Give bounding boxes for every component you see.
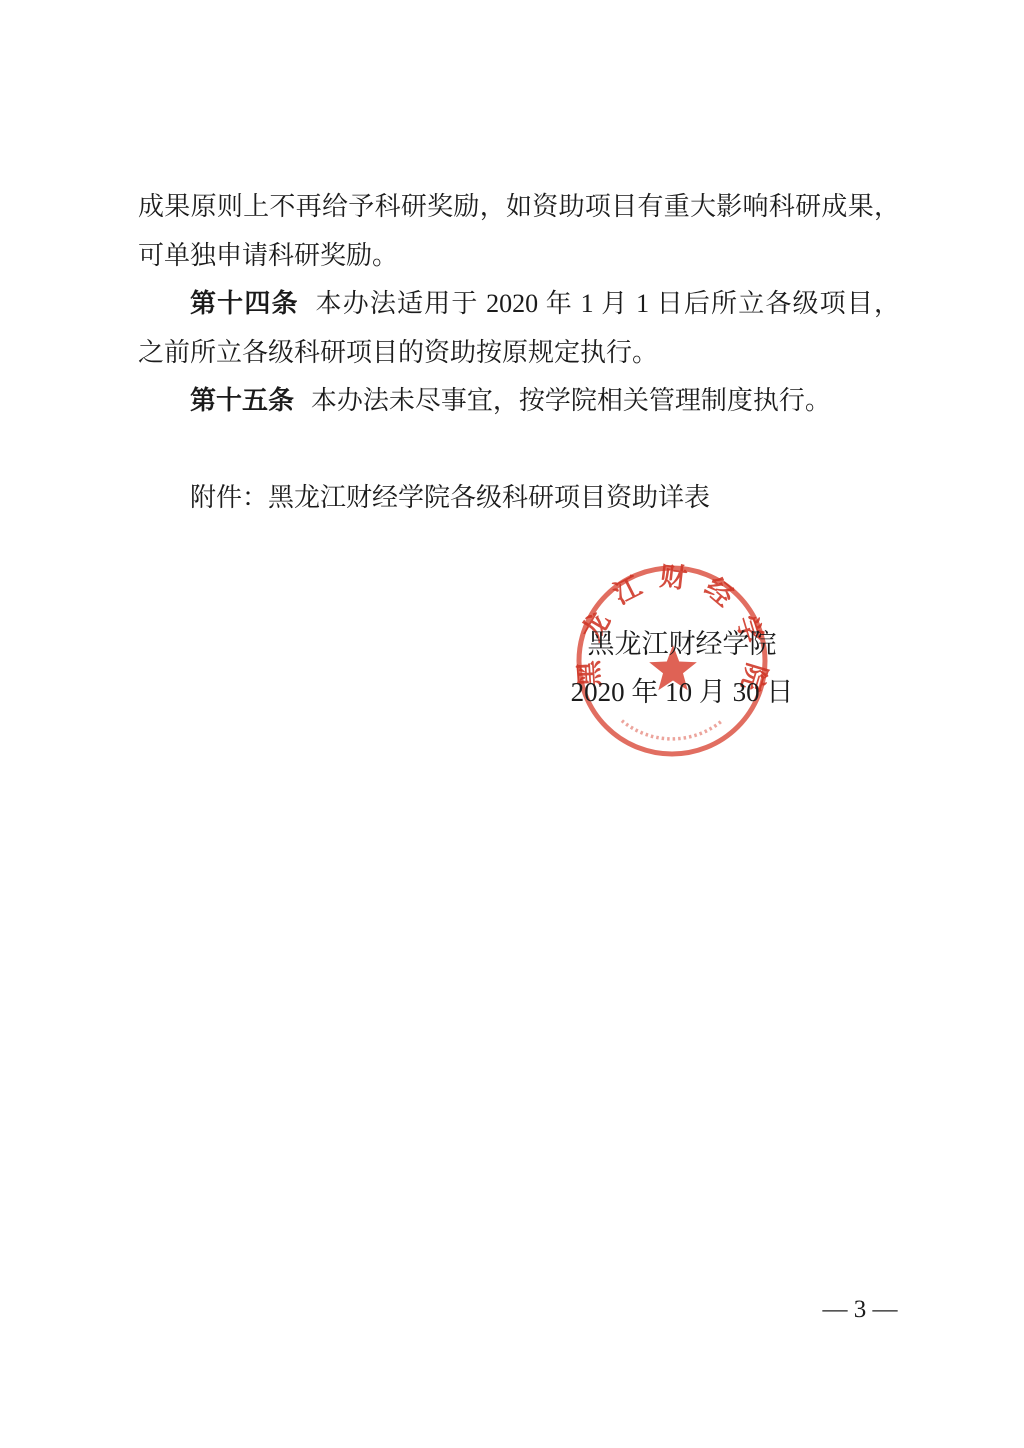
paragraph-line: 之前所立各级科研项目的资助按原规定执行。 [138,329,900,378]
page-number: — 3 — [800,1296,920,1324]
article-15-line: 第十五条本办法未尽事宜，按学院相关管理制度执行。 [138,377,900,426]
attachment-line: 附件：黑龙江财经学院各级科研项目资助详表 [138,474,900,523]
article-text: 本办法适用于 2020 年 1 月 1 日后所立各级项目， [316,289,900,318]
article-text: 本办法未尽事宜，按学院相关管理制度执行。 [311,386,831,415]
document-page: 黑龙江财经学院 成果原则上不再给予科研奖励，如资助项目有重大影响科研成果， 可单… [0,0,1024,1448]
paragraph-line: 可单独申请科研奖励。 [138,232,900,281]
article-number: 第十四条 [190,289,299,318]
paragraph-line: 成果原则上不再给予科研奖励，如资助项目有重大影响科研成果， [138,183,900,232]
signature-org: 黑龙江财经学院 [532,620,832,669]
article-14-line: 第十四条本办法适用于 2020 年 1 月 1 日后所立各级项目， [138,280,900,329]
signature-block: 黑龙江财经学院 2020 年 10 月 30 日 [532,620,832,717]
body-text: 成果原则上不再给予科研奖励，如资助项目有重大影响科研成果， 可单独申请科研奖励。… [138,183,900,717]
signature-date: 2020 年 10 月 30 日 [532,668,832,717]
seal-code-marks [622,721,722,739]
article-number: 第十五条 [190,386,294,415]
